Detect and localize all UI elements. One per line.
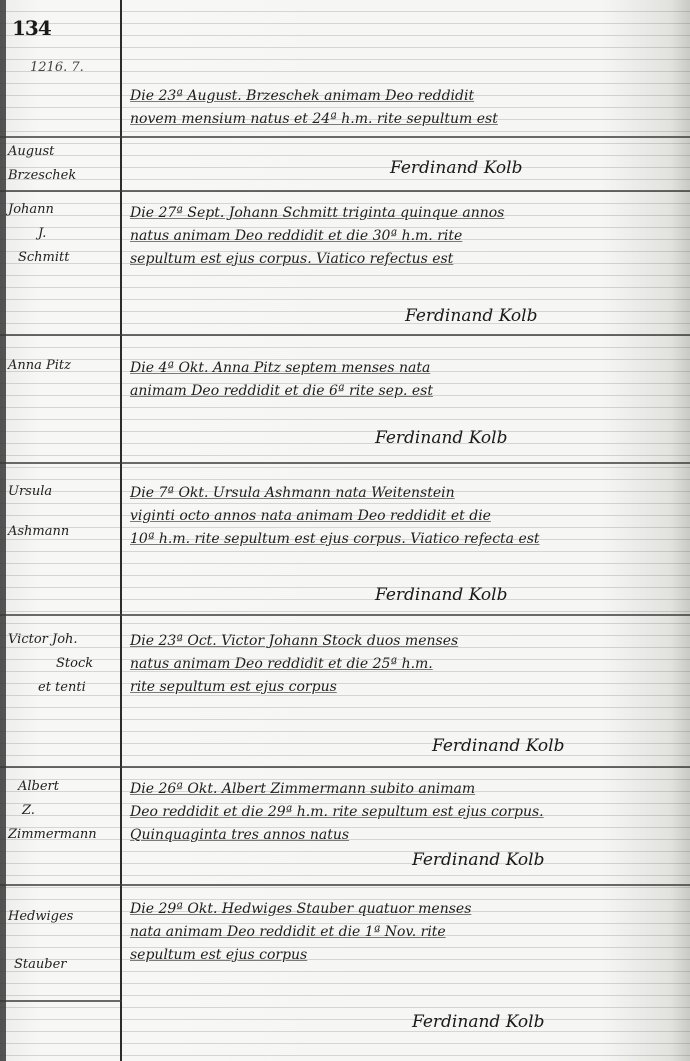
- entry-divider: [0, 334, 690, 336]
- entry-divider: [0, 136, 690, 138]
- entry-text: Die 4ª Okt. Anna Pitz septem menses nata…: [130, 357, 650, 403]
- entry-divider: [0, 766, 690, 768]
- page-number: 134: [12, 16, 51, 40]
- priest-signature: Ferdinand Kolb: [412, 850, 545, 870]
- priest-signature: Ferdinand Kolb: [432, 736, 565, 756]
- deceased-name: August Brzeschek: [8, 140, 118, 188]
- priest-signature: Ferdinand Kolb: [375, 585, 508, 605]
- priest-signature: Ferdinand Kolb: [412, 1012, 545, 1032]
- priest-signature: Ferdinand Kolb: [405, 306, 538, 326]
- reference-mark: 1216. 7.: [30, 60, 84, 75]
- entry-text: Die 7ª Okt. Ursula Ashmann nata Weitenst…: [130, 482, 650, 551]
- entry-divider: [0, 1000, 122, 1002]
- entry-text: Die 27ª Sept. Johann Schmitt triginta qu…: [130, 202, 650, 271]
- deceased-name: Anna Pitz: [8, 354, 118, 378]
- entry-divider: [0, 614, 690, 616]
- entry-divider: [0, 462, 690, 464]
- deceased-name: Hedwiges Stauber: [8, 905, 118, 977]
- deceased-name: Victor Joh. Stock et tenti: [8, 628, 118, 700]
- page-binding-edge: [0, 0, 6, 1061]
- entry-text: Die 29ª Okt. Hedwiges Stauber quatuor me…: [130, 898, 650, 967]
- entry-text: Die 26ª Okt. Albert Zimmermann subito an…: [130, 778, 650, 847]
- priest-signature: Ferdinand Kolb: [375, 428, 508, 448]
- register-page: 134 1216. 7. August Brzeschek Die 23ª Au…: [0, 0, 690, 1061]
- deceased-name: Johann J. Schmitt: [8, 198, 118, 270]
- entry-divider: [0, 190, 690, 192]
- column-divider: [120, 0, 122, 1061]
- entry-divider: [0, 884, 690, 886]
- entry-text: Die 23ª August. Brzeschek animam Deo red…: [130, 85, 650, 131]
- priest-signature: Ferdinand Kolb: [390, 158, 523, 178]
- deceased-name: Albert Z. Zimmermann: [8, 775, 118, 847]
- entry-text: Die 23ª Oct. Victor Johann Stock duos me…: [130, 630, 650, 699]
- deceased-name: Ursula Ashmann: [8, 480, 118, 544]
